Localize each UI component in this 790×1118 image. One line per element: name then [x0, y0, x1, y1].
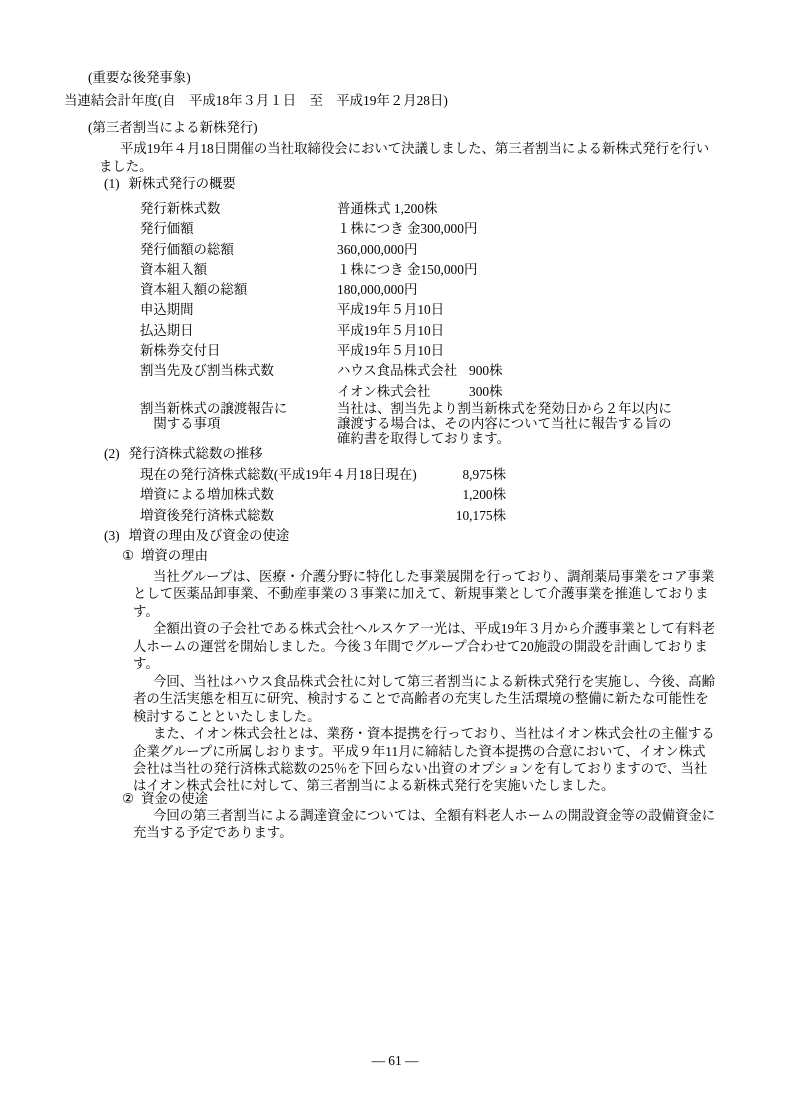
use-of-funds-paragraphs: 今回の第三者割当による調達資金については、全額有料老人ホームの開設資金等の設備資… — [133, 807, 733, 842]
reason-line: 当社グループは、医療・介護分野に特化した事業展開を行っており、調剤薬局事業をコア… — [133, 568, 733, 585]
reason-line: す。 — [133, 603, 733, 620]
section3-heading: (3)増資の理由及び資金の使途 — [104, 527, 289, 545]
allottee-shares: 300株 — [469, 384, 502, 399]
subsection1-title: 増資の理由 — [141, 548, 208, 563]
intro-line: ました。 — [99, 158, 739, 176]
reason-line: 検討することといたしました。 — [133, 708, 733, 725]
row-value: 普通株式 1,200株 — [337, 199, 437, 219]
reason-line: また、イオン株式会社とは、業務・資本提携を行っており、当社はイオン株式会社の主催… — [133, 725, 733, 742]
row-value: 当社は、割当先より割当新株式を発効日から２年以内に譲渡する場合は、その内容につい… — [337, 402, 672, 446]
page-number: ― 61 ― — [0, 1052, 790, 1070]
subsection2-heading: ②資金の使途 — [122, 790, 208, 808]
row-label: 新株券交付日 — [140, 341, 337, 361]
overview-row: 発行価額１株につき 金300,000円 — [140, 219, 672, 239]
subsection1-heading: ①増資の理由 — [122, 547, 208, 565]
overview-row: 発行新株式数普通株式 1,200株 — [140, 199, 672, 219]
share-total-list: 現在の発行済株式総数(平成19年４月18日現在)8,975株増資による増加株式数… — [140, 465, 506, 526]
row-label-line: 割当新株式の譲渡報告に — [140, 402, 337, 417]
overview-row: 払込期日平成19年５月10日 — [140, 321, 672, 341]
row-label: 発行価額の総額 — [140, 240, 337, 260]
section2-heading: (2)発行済株式総数の推移 — [104, 445, 263, 463]
row-value: 平成19年５月10日 — [337, 300, 444, 320]
row-value: １株につき 金300,000円 — [337, 219, 477, 239]
intro-paragraph: 平成19年４月18日開催の当社取締役会において決議しました、第三者割当による新株… — [99, 140, 739, 175]
overview-row: 割当新株式の譲渡報告に 関する事項当社は、割当先より割当新株式を発効日から２年以… — [140, 402, 672, 446]
row-value-line: 確約書を取得しております。 — [337, 432, 672, 447]
row-label: 割当先及び割当株式数 — [140, 361, 337, 381]
row-label: 増資後発行済株式総数 — [140, 506, 274, 526]
reason-line: はイオン株式会社に対して、第三者割当による新株式発行を実施いたしました。 — [133, 777, 733, 794]
row-value: 1,200株 — [462, 485, 506, 505]
row-value: １株につき 金150,000円 — [337, 260, 477, 280]
subsection2-title: 資金の使途 — [141, 791, 208, 806]
reason-line: 今回、当社はハウス食品株式会社に対して第三者割当による新株式発行を実施し、今後、… — [133, 673, 733, 690]
fiscal-year-line: 当連結会計年度(自 平成18年３月１日 至 平成19年２月28日) — [64, 92, 448, 110]
section2-title: 発行済株式総数の推移 — [129, 446, 263, 461]
subsection2-number: ② — [122, 791, 134, 806]
use-of-funds-line: 今回の第三者割当による調達資金については、全額有料老人ホームの開設資金等の設備資… — [133, 807, 733, 824]
row-value: 平成19年５月10日 — [337, 321, 444, 341]
overview-row: 割当先及び割当株式数ハウス食品株式会社900株 — [140, 361, 672, 381]
reason-line: 者の生活実態を相互に研究、検討することで高齢者の充実した生活環境の整備に新たな可… — [133, 690, 733, 707]
row-value: 10,175株 — [456, 506, 506, 526]
row-label: 割当新株式の譲渡報告に 関する事項 — [140, 402, 337, 446]
allottee-name: ハウス食品株式会社 — [337, 361, 469, 381]
section3-title: 増資の理由及び資金の使途 — [129, 528, 290, 543]
section1-title: 新株式発行の概要 — [129, 176, 236, 191]
allottee-shares: 900株 — [469, 363, 502, 378]
section2-number: (2) — [104, 446, 120, 461]
row-label: 申込期間 — [140, 300, 337, 320]
section3-number: (3) — [104, 528, 120, 543]
reason-line: 企業グループに所属しおります。平成９年11月に締結した資本提携の合意において、イ… — [133, 743, 733, 760]
row-value: 平成19年５月10日 — [337, 341, 444, 361]
row-value: 360,000,000円 — [337, 240, 417, 260]
reason-for-capital-increase-paragraphs: 当社グループは、医療・介護分野に特化した事業展開を行っており、調剤薬局事業をコア… — [133, 568, 733, 795]
row-value-line: 譲渡する場合は、その内容について当社に報告する旨の — [337, 417, 672, 432]
overview-row: 資本組入額１株につき 金150,000円 — [140, 260, 672, 280]
heading-subsequent-events: (重要な後発事象) — [88, 69, 191, 87]
reason-line: 全額出資の子会社である株式会社ヘルスケア一光は、平成19年３月から介護事業として… — [133, 620, 733, 637]
row-label — [140, 382, 337, 402]
reason-line: 会社は当社の発行済株式総数の25％を下回らない出資のオプションを有しておりますの… — [133, 760, 733, 777]
overview-row: 発行価額の総額360,000,000円 — [140, 240, 672, 260]
share-total-row: 現在の発行済株式総数(平成19年４月18日現在)8,975株 — [140, 465, 506, 485]
overview-row: 資本組入額の総額180,000,000円 — [140, 280, 672, 300]
use-of-funds-line: 充当する予定であります。 — [133, 824, 733, 841]
row-value: ハウス食品株式会社900株 — [337, 361, 502, 381]
intro-line: 平成19年４月18日開催の当社取締役会において決議しました、第三者割当による新株… — [99, 140, 739, 158]
row-label: 増資による増加株式数 — [140, 485, 274, 505]
row-value: 8,975株 — [462, 465, 506, 485]
row-label-line: 関する事項 — [140, 417, 337, 432]
heading-third-party-allotment: (第三者割当による新株発行) — [88, 119, 258, 137]
allottee-name: イオン株式会社 — [337, 382, 469, 402]
reason-line: す。 — [133, 655, 733, 672]
issuance-overview-list: 発行新株式数普通株式 1,200株発行価額１株につき 金300,000円発行価額… — [140, 199, 672, 446]
row-label: 発行価額 — [140, 219, 337, 239]
overview-row: 申込期間平成19年５月10日 — [140, 300, 672, 320]
row-value: イオン株式会社300株 — [337, 382, 502, 402]
subsection1-number: ① — [122, 548, 134, 563]
section1-heading: (1)新株式発行の概要 — [104, 175, 236, 193]
row-label: 現在の発行済株式総数(平成19年４月18日現在) — [140, 465, 417, 485]
overview-row: イオン株式会社300株 — [140, 382, 672, 402]
row-label: 資本組入額の総額 — [140, 280, 337, 300]
row-value: 180,000,000円 — [337, 280, 417, 300]
section1-number: (1) — [104, 176, 120, 191]
row-value-line: 当社は、割当先より割当新株式を発効日から２年以内に — [337, 402, 672, 417]
document-page: (重要な後発事象) 当連結会計年度(自 平成18年３月１日 至 平成19年２月2… — [0, 0, 790, 1118]
row-label: 払込期日 — [140, 321, 337, 341]
share-total-row: 増資による増加株式数1,200株 — [140, 485, 506, 505]
share-total-row: 増資後発行済株式総数10,175株 — [140, 506, 506, 526]
reason-line: として医薬品卸事業、不動産事業の３事業に加えて、新規事業として介護事業を推進して… — [133, 585, 733, 602]
overview-row: 新株券交付日平成19年５月10日 — [140, 341, 672, 361]
reason-line: 人ホームの運営を開始しました。今後３年間でグループ合わせて20施設の開設を計画し… — [133, 638, 733, 655]
row-label: 発行新株式数 — [140, 199, 337, 219]
row-label: 資本組入額 — [140, 260, 337, 280]
